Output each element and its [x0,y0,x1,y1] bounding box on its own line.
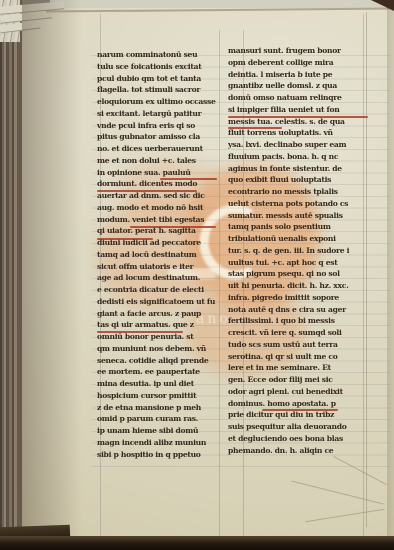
manuscript-line: flagella. tot stimuli sacror [97,84,221,96]
manuscript-line: tas qi uir armatus. que z [97,319,221,331]
manuscript-line: si excitant. letargū patitur [97,108,221,120]
book-gutter-page-stack [0,0,22,550]
manuscript-line: qm muniunt nos debem. vñ [97,343,221,355]
manuscript-line: giant a facie arcus. z paup [97,308,221,320]
manuscript-line: vnde pcul infra eris qi so [97,120,221,132]
manuscript-line: diuini iudicii ad peccatore [97,237,221,249]
manuscript-line: dormiunt. dicentes modo [97,178,221,190]
manuscript-line: sicut offm uiatoris e iter [97,261,221,273]
page-right-edge [387,0,394,550]
manuscript-line: qi uiator. perat h. sagitta [97,225,221,237]
manuscript-line: tamq ad locū destinatum [97,249,221,261]
manuscript-line: sibi p hospitio in q ppetuo [97,449,221,461]
manuscript-line: in opinione sua. pauluū [97,167,221,179]
manuscript-line: age ad locum destinatum. [97,272,221,284]
manuscript-line: omid p parum curam ras. [97,413,221,425]
manuscript-line: eloquiorum ex ultimo occasse [97,96,221,108]
manuscript-line: e econtria dicatur de electi [97,284,221,296]
manuscript-line: me et non dolui +c. tales [97,155,221,167]
manuscript-line: z de etna mansione p meh [97,402,221,414]
manuscript-line: seneca. cotidie aliqd prende [97,355,221,367]
manuscript-line: pitus gubnator amisso cla [97,131,221,143]
manuscript-line: pcul dubio qm tot et tanta [97,73,221,85]
left-text-column: narum comminatonū seutulu sce foicationi… [97,49,221,462]
manuscript-line: mina desutia. ip unl diet [97,378,221,390]
manuscript-photo: ano narum comminatonū seutulu sce foicat… [0,0,394,550]
page-right-crease [366,12,367,527]
manuscript-line: hospicium cursor pmittit [97,390,221,402]
manuscript-line: no. et dices uerberauerunt [97,143,221,155]
book-bottom-edge [0,536,394,550]
manuscript-line: modum. veniet tibi egestas [97,214,221,226]
manuscript-line: magn incendi alibz muniun [97,437,221,449]
manuscript-line: ip unam hieme sibi domū [97,425,221,437]
manuscript-line: ee mortem. ee paupertate [97,366,221,378]
manuscript-line: narum comminatonū seu [97,49,221,61]
manuscript-line: omniū bonor penuria. st [97,331,221,343]
manuscript-line: aug. modo et modo nō hsit [97,202,221,214]
gutter-shadow [22,0,82,550]
manuscript-line: dedisti eis significatoem ut fu [97,296,221,308]
manuscript-line: tulu sce foicationis excitat [97,61,221,73]
manuscript-line: auertar ad dnm. sed sic dic [97,190,221,202]
